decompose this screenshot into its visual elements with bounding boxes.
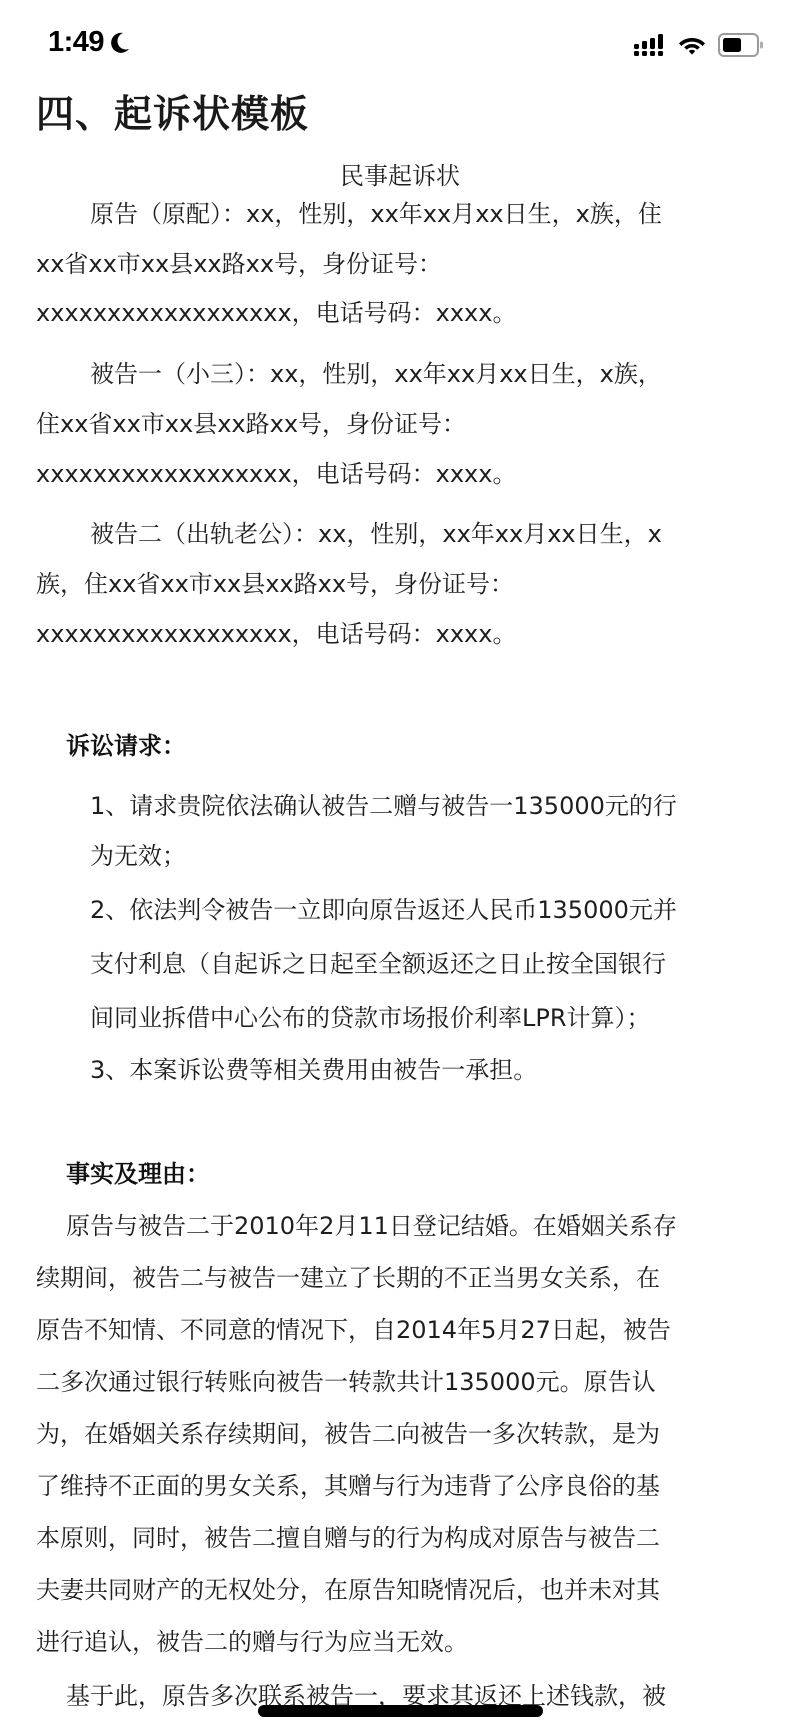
defendant-one-line-3: xxxxxxxxxxxxxxxxxx，电话号码：xxxx。 [36,456,516,492]
battery-icon [718,33,764,57]
facts-line-4: 二多次通过银行转账向被告一转款共计135000元。原告认 [36,1364,656,1400]
page-title: 四、起诉状模板 [36,90,309,138]
facts-line-5: 为，在婚姻关系存续期间，被告二向被告一多次转款，是为 [36,1416,660,1452]
claims-heading: 诉讼请求： [66,728,186,764]
document-title: 民事起诉状 [0,158,800,194]
plaintiff-line-2: xx省xx市xx县xx路xx号，身份证号： [36,246,442,282]
claim-line-4: 支付利息（自起诉之日起至全额返还之日止按全国银行 [90,946,666,982]
claim-line-6: 3、本案诉讼费等相关费用由被告一承担。 [90,1052,537,1088]
plaintiff-line-1: 原告（原配）：xx，性别，xx年xx月xx日生，x族，住 [90,196,662,232]
defendant-one-line-2: 住xx省xx市xx县xx路xx号，身份证号： [36,406,466,442]
claim-line-1: 1、请求贵院依法确认被告二赠与被告一135000元的行 [90,788,677,824]
facts-line-1: 原告与被告二于2010年2月11日登记结婚。在婚姻关系存 [66,1208,677,1244]
claim-line-3: 2、依法判令被告一立即向原告返还人民币135000元并 [90,892,677,928]
signal-icon [634,34,666,56]
facts-line-8: 夫妻共同财产的无权处分，在原告知晓情况后，也并未对其 [36,1572,660,1608]
facts-heading: 事实及理由： [66,1156,210,1192]
defendant-two-line-1: 被告二（出轨老公）：xx，性别，xx年xx月xx日生，x [90,516,662,552]
facts-line-3: 原告不知情、不同意的情况下，自2014年5月27日起，被告 [36,1312,671,1348]
claim-line-5: 间同业拆借中心公布的贷款市场报价利率LPR计算）； [90,1000,651,1036]
moon-icon [110,32,130,54]
claim-line-2: 为无效； [90,838,186,874]
status-time: 1:49 [48,26,104,59]
defendant-one-line-1: 被告一（小三）：xx，性别，xx年xx月xx日生，x族， [90,356,662,392]
status-icons [634,33,764,57]
facts-line-9: 进行追认，被告二的赠与行为应当无效。 [36,1624,468,1660]
facts-line-7: 本原则，同时，被告二擅自赠与的行为构成对原告与被告二 [36,1520,660,1556]
defendant-two-line-3: xxxxxxxxxxxxxxxxxx，电话号码：xxxx。 [36,616,516,652]
plaintiff-line-3: xxxxxxxxxxxxxxxxxx，电话号码：xxxx。 [36,295,516,331]
facts-line-6: 了维持不正面的男女关系，其赠与行为违背了公序良俗的基 [36,1468,660,1504]
wifi-icon [678,34,706,56]
home-indicator[interactable] [258,1705,543,1717]
status-time-group: 1:49 [48,26,130,59]
status-bar: 1:49 [0,0,800,80]
facts-line-2: 续期间，被告二与被告一建立了长期的不正当男女关系，在 [36,1260,660,1296]
defendant-two-line-2: 族，住xx省xx市xx县xx路xx号，身份证号： [36,566,514,602]
